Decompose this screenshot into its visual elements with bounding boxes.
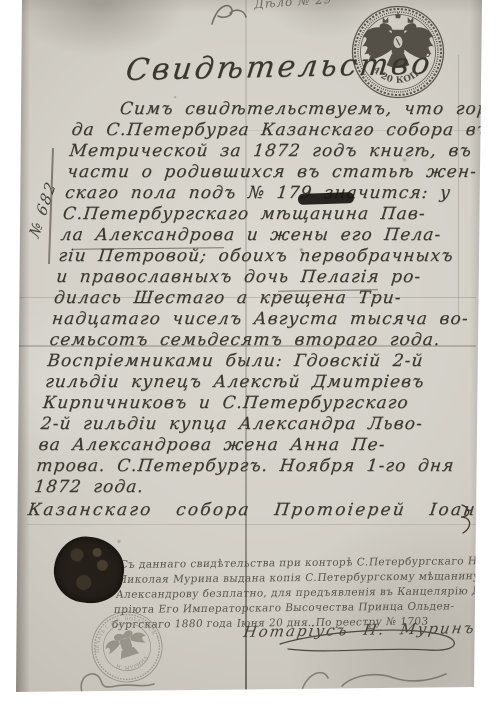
body-line: Кирпичниковъ и С.Петербургскаго	[42, 393, 458, 414]
document-title: Свидѣтельство	[124, 47, 408, 88]
body-line: 1872 года.	[33, 477, 449, 498]
body-line: семьсотъ семьдесятъ втораго года.	[48, 330, 464, 351]
cutoff-handwriting-left	[76, 668, 156, 694]
body-line: дилась Шестаго а крещена Три-	[53, 288, 469, 309]
horizontal-crease-4	[26, 524, 476, 525]
body-line: и православныхъ дочь Пелагія ро-	[55, 267, 471, 288]
body-line: Метрической за 1872 годъ книгѣ, въ 1-й	[68, 141, 484, 162]
margin-register-number: № 682	[26, 177, 60, 240]
notary-signature-flourish	[278, 628, 468, 662]
signature-flourish	[456, 503, 478, 537]
cutoff-handwriting-right	[298, 664, 448, 694]
pencil-note: Дѣло № 29 —	[254, 0, 351, 11]
body-line: Воспріемниками были: Гдовскій 2-й	[46, 351, 462, 372]
body-line: гильдіи купецъ Алексѣй Дмитріевъ	[44, 372, 460, 393]
body-line: части о родившихся въ статьѣ жен-	[66, 162, 482, 183]
ink-redaction-blot	[298, 192, 354, 205]
body-line: ла Александрова и жены его Пела-	[60, 225, 476, 246]
pencil-paraph-mark	[208, 0, 250, 30]
body-line: да С.Петербурга Казанскаго собора въ	[71, 120, 484, 141]
scanned-certificate-page: Дѣло № 29 —	[0, 0, 500, 707]
manuscript-body: Симъ свидѣтельствуемъ, что горо- да С.Пе…	[33, 99, 484, 498]
body-line: трова. С.Петербургъ. Ноября 1-го дня	[35, 456, 451, 477]
body-line: 2-й гильдіи купца Александра Льво-	[40, 414, 456, 435]
body-line: скаго пола подъ № 179 значится: у	[64, 183, 480, 204]
body-line: ва Александрова жена Анна Пе-	[37, 435, 453, 456]
body-line: надцатаго чиселъ Августа тысяча во-	[51, 309, 467, 330]
body-line: С.Петербургскаго мѣщанина Пав-	[62, 204, 478, 225]
document-paper: Дѣло № 29 —	[16, 0, 484, 694]
body-line: Симъ свидѣтельствуемъ, что горо-	[73, 99, 484, 120]
clergy-signature-line: Казанскаго собора Протоіерей Іоаннъ Чере…	[27, 500, 475, 520]
